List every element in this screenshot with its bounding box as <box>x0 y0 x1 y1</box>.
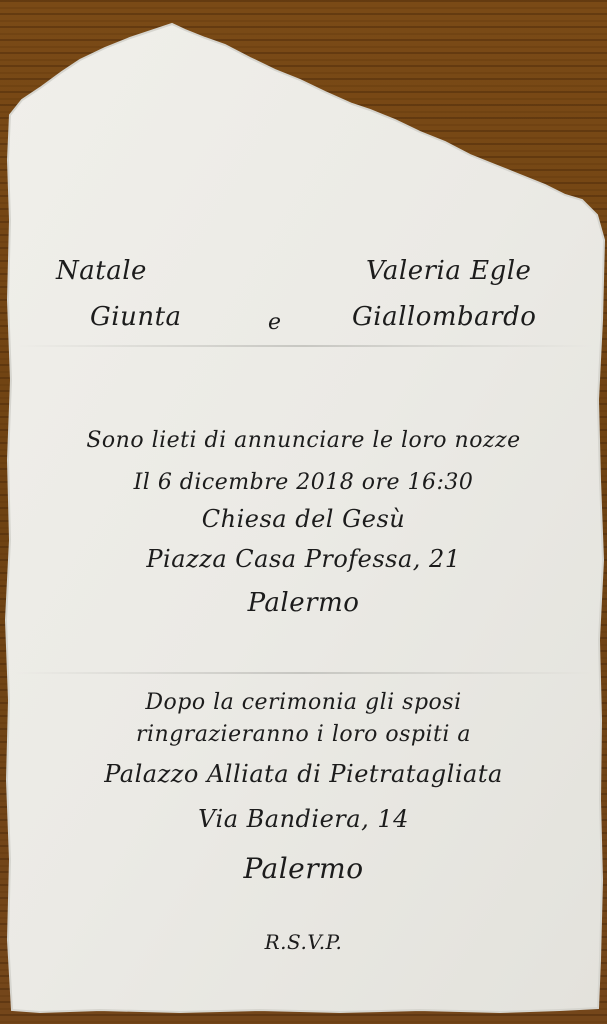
groom-first-name: Natale <box>56 256 147 286</box>
reception-venue: Palazzo Alliata di Pietratagliata <box>0 760 607 788</box>
fold-line-lower <box>14 672 593 674</box>
rsvp: R.S.V.P. <box>0 930 607 954</box>
reception-line-1: Dopo la cerimonia gli sposi <box>0 690 607 715</box>
bride-last-name: Giallombardo <box>352 302 536 332</box>
ceremony-city: Palermo <box>0 588 607 618</box>
bride-first-name: Valeria Egle <box>366 256 531 286</box>
groom-last-name: Giunta <box>90 302 182 332</box>
date-time: Il 6 dicembre 2018 ore 16:30 <box>0 470 607 495</box>
fold-line-upper <box>14 345 593 347</box>
ceremony-venue: Chiesa del Gesù <box>0 505 607 533</box>
announcement: Sono lieti di annunciare le loro nozze <box>0 428 607 453</box>
invitation-paper: Natale Giunta e Valeria Egle Giallombard… <box>0 0 607 1024</box>
ceremony-address: Piazza Casa Professa, 21 <box>0 545 607 573</box>
reception-address: Via Bandiera, 14 <box>0 805 607 833</box>
reception-city: Palermo <box>0 852 607 885</box>
reception-line-2: ringrazieranno i loro ospiti a <box>0 722 607 747</box>
conjunction: e <box>268 310 282 335</box>
